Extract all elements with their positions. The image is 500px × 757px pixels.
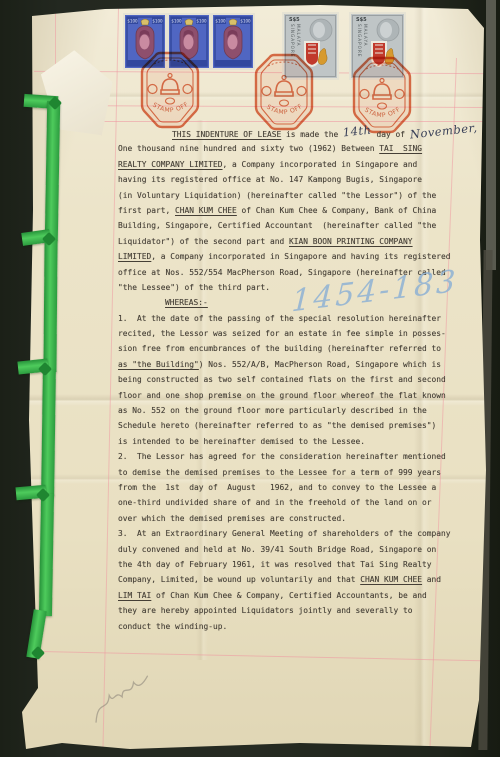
typed-line: being constructed as two self contained … bbox=[118, 372, 450, 387]
binding-ribbon-segment bbox=[45, 101, 60, 241]
binding-ribbon-segment bbox=[43, 240, 57, 372]
svg-text:$100: $100 bbox=[215, 19, 226, 24]
typed-line: Building, Singapore, Certified Accountan… bbox=[118, 218, 450, 233]
under-page-edge bbox=[486, 0, 496, 270]
typed-line: sion free from encumbrances of the build… bbox=[118, 341, 450, 356]
svg-text:SINGAPORE: SINGAPORE bbox=[357, 24, 362, 58]
typed-line: they are hereby appointed Liquidators jo… bbox=[118, 603, 450, 618]
stamp-office-seal: STAMP OFFICE bbox=[138, 50, 202, 130]
typed-line: LIMITED, a Company incorporated in Singa… bbox=[118, 249, 450, 264]
pencil-signature bbox=[78, 657, 180, 735]
scanned-document: $100 $100 $100 $100 $100 bbox=[0, 0, 500, 757]
ruled-line bbox=[40, 651, 486, 661]
typed-line: conduct the winding-up. bbox=[118, 619, 450, 634]
binding-ribbon-segment bbox=[41, 370, 56, 496]
typed-line: as No. 552 on the ground floor more part… bbox=[118, 403, 450, 418]
svg-text:S$5: S$5 bbox=[289, 17, 300, 23]
binding-ribbon-segment bbox=[39, 494, 54, 616]
stamp-office-seal: STAMP OFFICE bbox=[252, 52, 316, 132]
svg-text:$100: $100 bbox=[127, 19, 138, 24]
svg-text:$100: $100 bbox=[152, 19, 163, 24]
typed-line: floor and one shop premise on the ground… bbox=[118, 388, 450, 403]
typed-line: the 4th day of February 1961, it was res… bbox=[118, 557, 450, 572]
typed-text-block: THIS INDENTURE OF LEASE is made the 14th… bbox=[118, 126, 450, 634]
typed-line: having its registered office at No. 147 … bbox=[118, 172, 450, 187]
typed-line: One thousand nine hundred and sixty two … bbox=[118, 141, 450, 156]
typed-line: duly convened and held at No. 39/41 Sout… bbox=[118, 542, 450, 557]
typed-line: THIS INDENTURE OF LEASE is made the 14th… bbox=[118, 126, 450, 141]
crown-icon bbox=[229, 19, 237, 25]
crown-icon bbox=[185, 19, 193, 25]
typed-line: over which the demised premises are cons… bbox=[118, 511, 450, 526]
typed-line: 3. At an Extraordinary General Meeting o… bbox=[118, 526, 450, 541]
svg-text:$100: $100 bbox=[196, 19, 207, 24]
typed-line: LIM TAI of Chan Kum Chee & Company, Cert… bbox=[118, 588, 450, 603]
svg-text:S$5: S$5 bbox=[356, 17, 367, 23]
crown-icon bbox=[141, 19, 149, 25]
typed-line: 1. At the date of the passing of the spe… bbox=[118, 311, 450, 326]
typed-line: from the 1st day of August 1962, and to … bbox=[118, 480, 450, 495]
typed-line: to demise the demised premises to the Le… bbox=[118, 465, 450, 480]
typed-line: Company, Limited, be wound up voluntaril… bbox=[118, 572, 450, 587]
typed-line: Liquidator") of the second part and KIAN… bbox=[118, 234, 450, 249]
typed-line: REALTY COMPANY LIMITED, a Company incorp… bbox=[118, 157, 450, 172]
typed-line: Schedule hereto (hereinafter referred to… bbox=[118, 418, 450, 433]
handwritten-date-text: November, bbox=[409, 121, 478, 143]
typed-line: 2. The Lessor has agreed for the conside… bbox=[118, 449, 450, 464]
svg-text:$100: $100 bbox=[240, 19, 251, 24]
svg-text:MALAYA: MALAYA bbox=[363, 24, 368, 47]
typed-line: first part, CHAN KUM CHEE of Chan Kum Ch… bbox=[118, 203, 450, 218]
typed-line: as "the Building") Nos. 552/A/B, MacPher… bbox=[118, 357, 450, 372]
typed-line: one-third undivided share of and in the … bbox=[118, 495, 450, 510]
typed-line: (in Voluntary Liquidation) (hereinafter … bbox=[118, 188, 450, 203]
typed-line: recited, the Lessor was seized for an es… bbox=[118, 326, 450, 341]
svg-text:MALAYA: MALAYA bbox=[296, 24, 301, 47]
svg-text:$100: $100 bbox=[171, 19, 182, 24]
handwritten-date-text: 14th bbox=[342, 123, 372, 141]
revenue-stamp-blue: $100 $100 bbox=[211, 13, 255, 70]
typed-line: is intended to be hereinafter demised to… bbox=[118, 434, 450, 449]
